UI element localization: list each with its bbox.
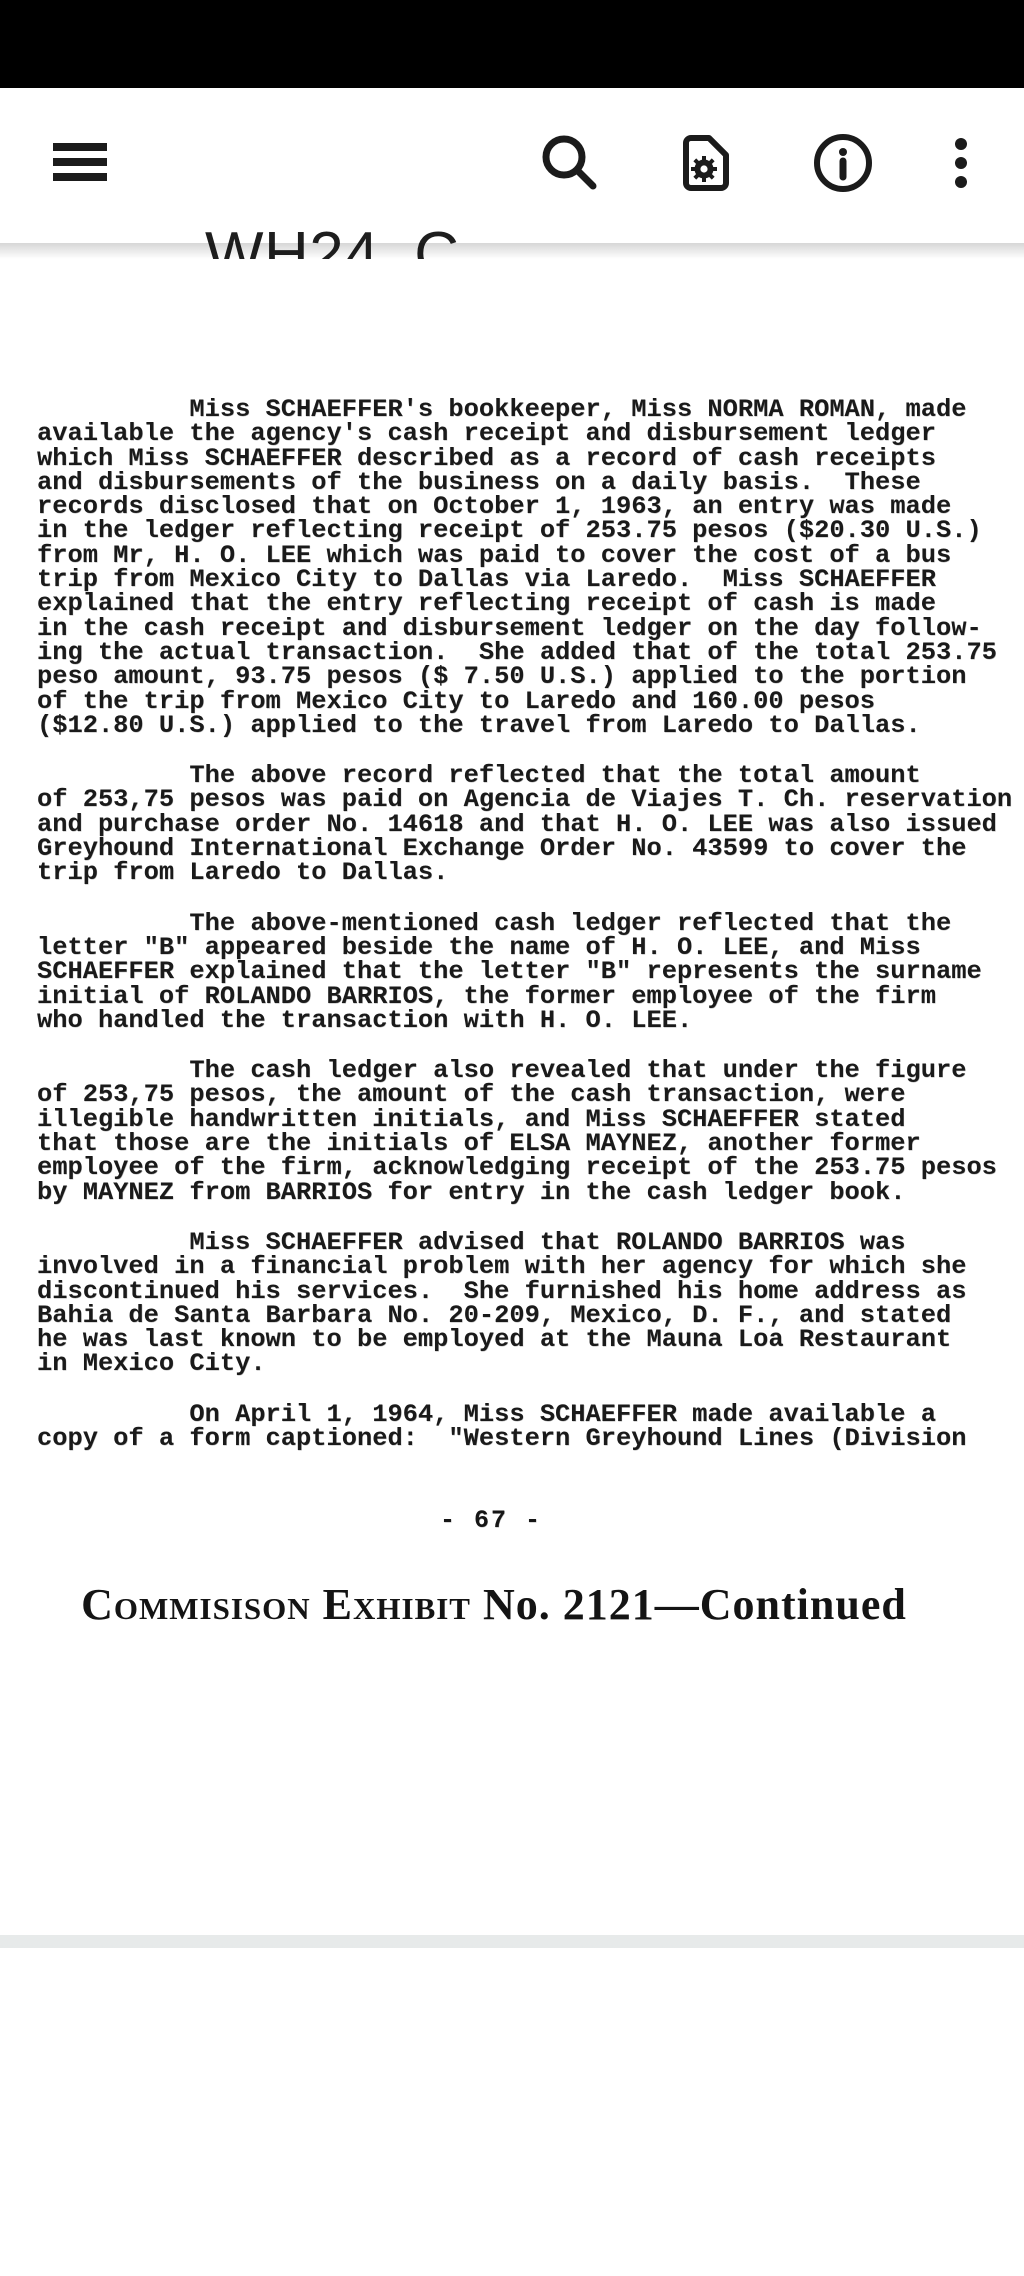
document-settings-button[interactable] <box>671 128 741 198</box>
exhibit-caption: Commisison Exhibit No. 2121—Continued <box>0 1581 1006 1629</box>
document-paragraph: The cash ledger also revealed that under… <box>37 1059 1017 1205</box>
info-button[interactable] <box>808 128 878 198</box>
hamburger-menu-icon <box>53 143 107 181</box>
pdf-page[interactable]: Miss SCHAEFFER's bookkeeper, Miss NORMA … <box>0 259 1024 1935</box>
kebab-menu-icon <box>954 137 968 189</box>
status-bar <box>0 0 1024 88</box>
document-settings-icon <box>681 134 731 192</box>
document-paragraph: Miss SCHAEFFER advised that ROLANDO BARR… <box>37 1231 1017 1377</box>
exhibit-caption-title: Commisison Exhibit <box>81 1580 471 1629</box>
page-separator <box>0 1935 1024 1948</box>
hamburger-menu-button[interactable] <box>45 127 115 197</box>
pdf-viewer-app: { "status_bar": {}, "toolbar": { "title"… <box>0 0 1024 2276</box>
exhibit-caption-number: No. 2121—Continued <box>471 1580 907 1629</box>
document-paragraph: The above record reflected that the tota… <box>37 764 1017 885</box>
more-options-button[interactable] <box>926 128 996 198</box>
search-icon <box>539 132 601 194</box>
document-text-block: Miss SCHAEFFER's bookkeeper, Miss NORMA … <box>37 398 1017 1477</box>
document-paragraph: The above-mentioned cash ledger reflecte… <box>37 912 1017 1033</box>
next-page[interactable] <box>0 1948 1024 2276</box>
document-paragraph: Miss SCHAEFFER's bookkeeper, Miss NORMA … <box>37 398 1017 738</box>
document-paragraph: On April 1, 1964, Miss SCHAEFFER made av… <box>37 1403 1017 1452</box>
info-icon <box>812 132 874 194</box>
search-button[interactable] <box>535 128 605 198</box>
page-number: - 67 - <box>0 1506 1003 1535</box>
app-toolbar: WH24_C... <box>0 88 1024 243</box>
